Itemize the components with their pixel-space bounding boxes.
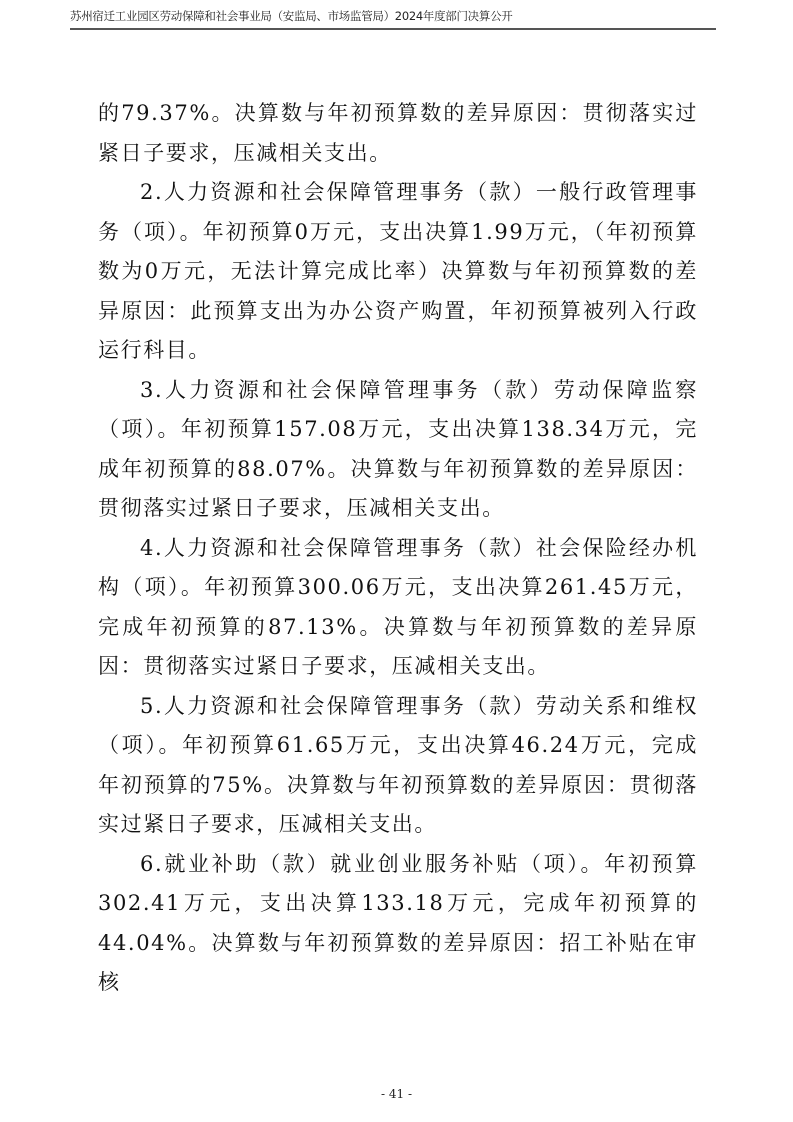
header-divider bbox=[70, 28, 716, 30]
paragraph-item-3: 3.人力资源和社会保障管理事务（款）劳动保障监察（项）。年初预算157.08万元… bbox=[98, 371, 698, 529]
document-body: 的79.37%。决算数与年初预算数的差异原因：贯彻落实过紧日子要求，压减相关支出… bbox=[98, 94, 698, 1003]
paragraph-continuation: 的79.37%。决算数与年初预算数的差异原因：贯彻落实过紧日子要求，压减相关支出… bbox=[98, 94, 698, 173]
page-header: 苏州宿迁工业园区劳动保障和社会事业局（安监局、市场监管局）2024年度部门决算公… bbox=[70, 8, 715, 24]
paragraph-item-2: 2.人力资源和社会保障管理事务（款）一般行政管理事务（项）。年初预算0万元，支出… bbox=[98, 173, 698, 371]
page-number: - 41 - bbox=[0, 1087, 793, 1101]
paragraph-item-5: 5.人力资源和社会保障管理事务（款）劳动关系和维权（项）。年初预算61.65万元… bbox=[98, 687, 698, 845]
paragraph-item-6: 6.就业补助（款）就业创业服务补贴（项）。年初预算302.41万元，支出决算13… bbox=[98, 845, 698, 1003]
paragraph-item-4: 4.人力资源和社会保障管理事务（款）社会保险经办机构（项）。年初预算300.06… bbox=[98, 529, 698, 687]
